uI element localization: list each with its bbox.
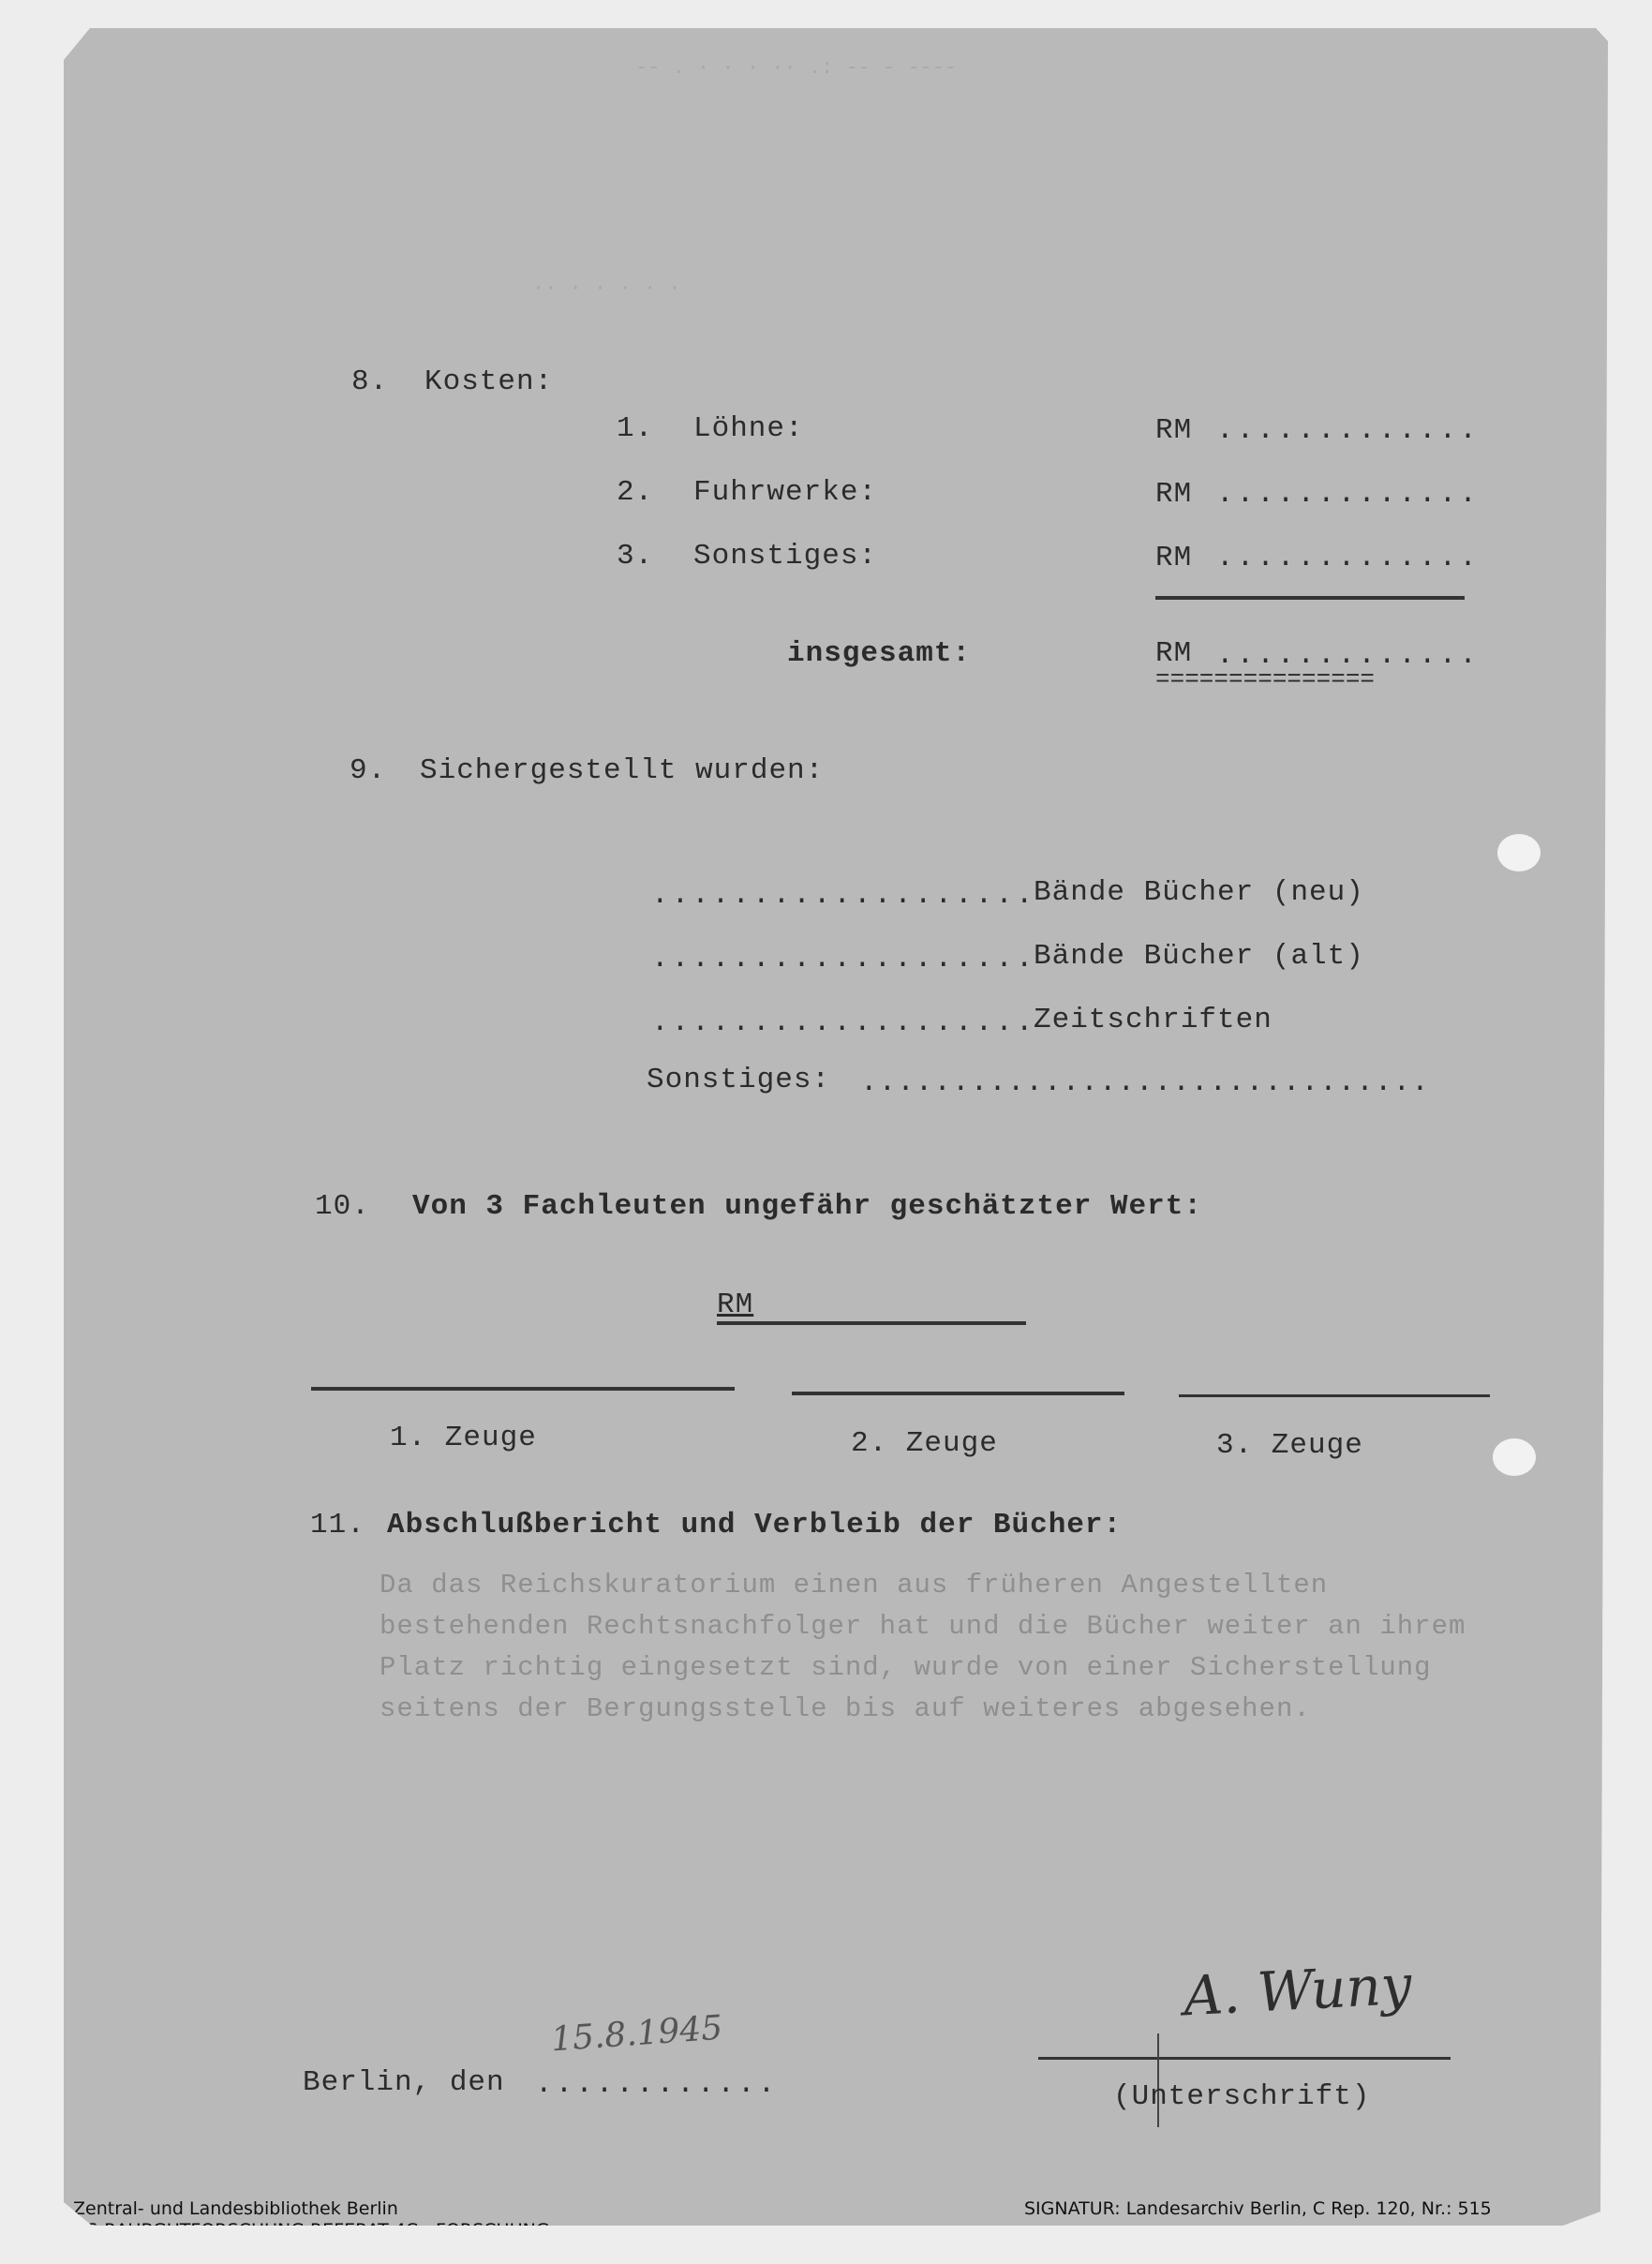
punch-hole — [1497, 834, 1540, 871]
section-8-number: 8. — [351, 365, 388, 398]
cost-item-label: Fuhrwerke: — [693, 476, 877, 509]
handwritten-date: 15.8.1945 — [550, 2009, 724, 2060]
secured-quantity-field[interactable]: ................... — [651, 879, 1035, 912]
punch-hole — [1493, 1438, 1536, 1476]
secured-quantity-field[interactable]: ................... — [651, 943, 1035, 976]
witness-3-signature-line[interactable] — [1179, 1394, 1490, 1397]
total-double-underline: =============== — [1155, 665, 1375, 693]
document-page: -- . · · · ·· .: -- - ---- ·· · · · · · … — [64, 28, 1608, 2226]
cost-item-value-field[interactable]: ............. — [1216, 542, 1480, 574]
witness-2-signature-line[interactable] — [792, 1392, 1124, 1395]
cost-item-currency: RM — [1155, 542, 1192, 574]
estimate-value-line[interactable] — [717, 1321, 1026, 1325]
estimate-currency: RM — [717, 1288, 753, 1321]
cost-item-value-field[interactable]: ............. — [1216, 414, 1480, 447]
secured-quantity-field[interactable]: ................... — [651, 1006, 1035, 1039]
secured-item-label: Bände Bücher (alt) — [1034, 940, 1364, 973]
secured-item-label: Zeitschriften — [1034, 1004, 1272, 1036]
section-10-number: 10. — [315, 1190, 370, 1223]
cost-item-number: 1. — [617, 412, 653, 445]
secured-item-label: Bände Bücher (neu) — [1034, 876, 1364, 909]
archive-footer-left: Zentral- und Landesbibliothek Berlin NS-… — [73, 2198, 550, 2242]
section-9-number: 9. — [350, 754, 386, 787]
cost-item-value-field[interactable]: ............. — [1216, 478, 1480, 511]
archive-signature: SIGNATUR: Landesarchiv Berlin, C Rep. 12… — [1024, 2198, 1492, 2220]
library-name: Zentral- und Landesbibliothek Berlin — [73, 2198, 550, 2220]
section-11-title: Abschlußbericht und Verbleib der Bücher: — [387, 1509, 1122, 1542]
date-field[interactable]: ............ — [535, 2068, 778, 2101]
secured-other-label: Sonstiges: — [647, 1064, 830, 1096]
section-10-title: Von 3 Fachleuten ungefähr geschätzter We… — [412, 1190, 1202, 1223]
department-name: NS-RAUBGUTFORSCHUNG REFERAT 4C - FORSCHU… — [73, 2220, 550, 2242]
cost-item-label: Sonstiges: — [693, 540, 877, 573]
cost-item-currency: RM — [1155, 414, 1192, 447]
cost-item-number: 2. — [617, 476, 653, 509]
bleed-through-marks: ·· · · · · · — [532, 276, 680, 300]
section-8-title: Kosten: — [424, 365, 553, 398]
cost-item-number: 3. — [617, 540, 653, 573]
place-label: Berlin, den — [303, 2066, 505, 2099]
secured-other-field[interactable]: ............................... — [860, 1066, 1430, 1099]
cost-item-currency: RM — [1155, 478, 1192, 511]
witness-1-signature-line[interactable] — [311, 1387, 735, 1391]
section-9-title: Sichergestellt wurden: — [420, 754, 824, 787]
witness-2-label: 2. Zeuge — [851, 1427, 998, 1460]
witness-1-label: 1. Zeuge — [390, 1422, 537, 1454]
section-11-number: 11. — [310, 1509, 365, 1542]
final-report-text: Da das Reichskuratorium einen aus früher… — [380, 1565, 1523, 1730]
witness-3-label: 3. Zeuge — [1216, 1429, 1363, 1462]
cost-item-label: Löhne: — [693, 412, 804, 445]
total-label: insgesamt: — [787, 637, 971, 670]
subtotal-rule — [1155, 596, 1465, 600]
signature-line[interactable] — [1038, 2057, 1451, 2060]
handwritten-signature: A. Wuny — [1182, 1953, 1413, 2029]
signature-label: (Unterschrift) — [1113, 2080, 1370, 2113]
bleed-through-marks: -- . · · · ·· .: -- - ---- — [635, 56, 957, 80]
